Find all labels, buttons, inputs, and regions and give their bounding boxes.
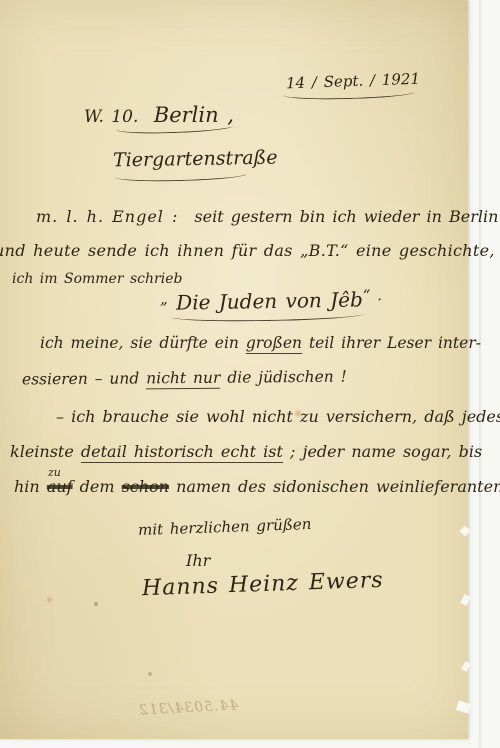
body-text: essieren – und [22,369,146,388]
body-text: kleinste [10,442,81,461]
body-text-underlined: nicht nur [146,369,220,390]
struck-word: auf [47,477,73,496]
paper-stain [46,596,53,603]
body-text: teil ihrer Leser inter- [302,334,481,352]
body-text: ; jeder name sogar, bis [283,442,482,461]
body-line: hin aufzu dem schon namen des sidonische… [14,477,500,496]
paper-speck [94,602,98,606]
scan-background: 14 / Sept. / 1921 W. 10. Berlin , Tierga… [0,0,500,748]
address-line-2: Tiergartenstraße [113,147,278,172]
body-line: ich im Sommer schrieb [12,271,182,287]
body-text: die jüdischen ! [220,368,347,387]
body-text: dem [73,477,122,496]
body-text: namen des sidonischen weinlieferanten ! [169,477,500,496]
paper-speck [148,672,152,676]
scan-edge-line [479,0,481,748]
body-line: und heute sende ich ihnen für das „B.T.“… [0,241,500,260]
body-line: essieren – und nicht nur die jüdischen ! [22,368,347,389]
address-district: W. 10. [84,107,138,127]
body-line: – ich brauche sie wohl nicht zu versiche… [56,407,500,426]
salutation: m. l. h. Engel : [36,207,178,226]
body-line: ich meine, sie dürfte ein großen teil ih… [40,334,481,352]
signoff: Ihr [186,551,210,570]
body-text-underlined: großen [246,334,302,354]
body-text: hin [14,477,47,496]
body-line: kleinste detail historisch echt ist ; je… [10,442,482,461]
body-text: seit gestern bin ich wieder in Berlin . [194,207,500,226]
body-line: m. l. h. Engel :seit gestern bin ich wie… [36,207,500,226]
body-text: ich meine, sie dürfte ein [40,334,246,352]
struck-word: schon [122,477,169,496]
quote-close: “ . [363,286,383,304]
quote-open: „ [160,290,168,308]
body-text-underlined: detail historisch echt ist [81,442,283,463]
inserted-word: zu [48,466,61,479]
